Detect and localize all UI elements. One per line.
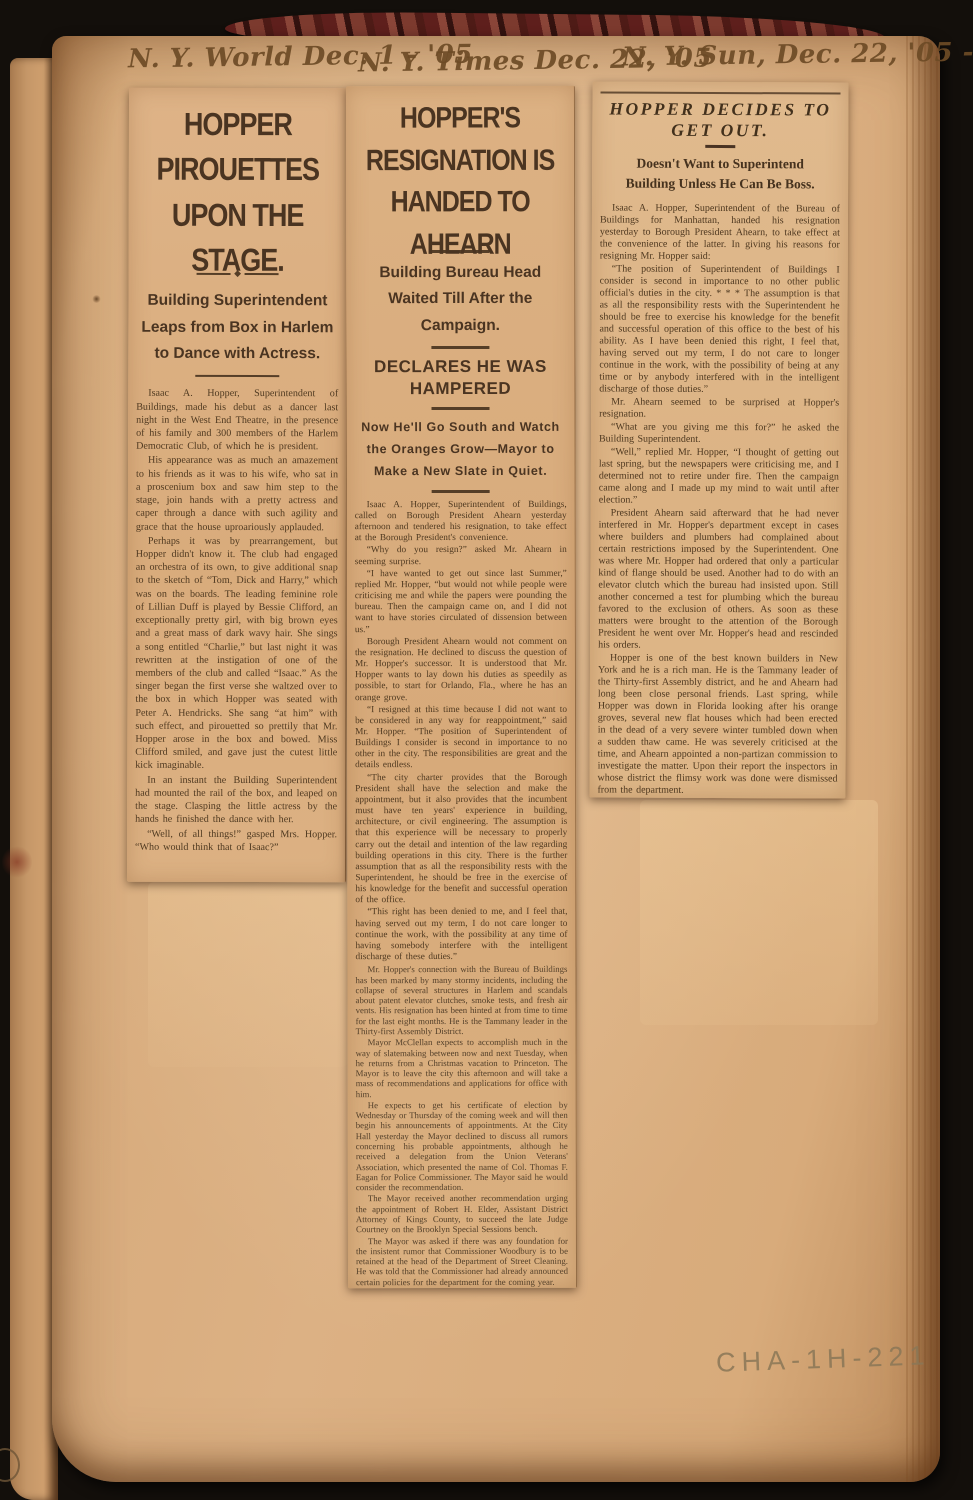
paragraph: “This right has been denied to me, and I… — [355, 907, 567, 963]
world-headline: HOPPER PIROUETTES UPON THE STAGE. — [137, 102, 339, 283]
rule-divider — [432, 407, 490, 410]
paragraph: “The position of Superintendent of Build… — [599, 263, 840, 396]
rule-divider — [431, 346, 489, 349]
clipping-ny-sun: HOPPER DECIDES TO GET OUT. Doesn't Want … — [589, 81, 848, 798]
paragraph: “Well,” replied Mr. Hopper, “I thought o… — [599, 446, 839, 507]
paragraph: His appearance was as much an amazement … — [136, 454, 338, 534]
clipping-ny-times: HOPPER'S RESIGNATION IS HANDED TO AHEARN… — [346, 86, 577, 1288]
annotation-ny-sun: N. Y. Sun, Dec. 22, '05 - — [622, 38, 973, 73]
paragraph: He expects to get his certificate of ele… — [356, 1100, 568, 1193]
rule-divider — [432, 490, 490, 493]
paragraph: Mayor McClellan expects to accomplish mu… — [356, 1037, 568, 1099]
paragraph: “What are you giving me this for?” he as… — [599, 421, 839, 446]
paragraph: Borough President Ahearn would not comme… — [355, 637, 567, 704]
paragraph: “Well, of all things!” gasped Mrs. Hoppe… — [135, 827, 337, 854]
paragraph: The Mayor received another recommendatio… — [356, 1193, 568, 1234]
previous-page-stub — [10, 58, 58, 1500]
times-body: Isaac A. Hopper, Superintendent of Build… — [355, 500, 568, 964]
times-body-dense: Mr. Hopper's connection with the Bureau … — [355, 964, 568, 1288]
paragraph: President Ahearn said afterward that he … — [598, 507, 839, 652]
scrapbook-photo: { "page": { "annotations": [ "N. Y. Worl… — [0, 0, 973, 1500]
rule-divider — [705, 145, 735, 148]
page-stack-edge — [906, 36, 940, 1482]
paragraph: The Mayor was asked if there was any fou… — [356, 1235, 568, 1287]
times-deck-3: Now He'll Go South and Watch the Oranges… — [355, 417, 567, 483]
paragraph: “I resigned at this time because I did n… — [355, 704, 567, 771]
paragraph: Hopper is one of the best known builders… — [597, 652, 838, 797]
world-subhead: Building Superintendent Leaps from Box i… — [136, 288, 338, 368]
world-body: Isaac A. Hopper, Superintendent of Build… — [135, 387, 338, 854]
paragraph: Mr. Ahearn seemed to be surprised at Hop… — [599, 396, 839, 421]
times-headline: HOPPER'S RESIGNATION IS HANDED TO AHEARN — [354, 98, 566, 266]
paragraph: “Why do you resign?” asked Mr. Ahearn in… — [355, 545, 567, 568]
sun-subhead: Doesn't Want to Superintend Building Unl… — [610, 154, 830, 195]
sun-body: Isaac A. Hopper, Superintendent of the B… — [597, 202, 840, 797]
paragraph: In an instant the Building Superintenden… — [135, 773, 337, 826]
paragraph: Mr. Hopper's connection with the Bureau … — [355, 964, 567, 1036]
paragraph: Isaac A. Hopper, Superintendent of Build… — [136, 387, 338, 454]
times-deck-2: DECLARES HE WAS HAMPERED — [354, 356, 566, 401]
paragraph: “The city charter provides that the Boro… — [355, 772, 567, 906]
rule-divider — [195, 375, 279, 377]
paragraph: “I have wanted to get out since last Sum… — [355, 569, 567, 636]
times-deck-1: Building Bureau Head Waited Till After t… — [354, 260, 566, 339]
paragraph: Isaac A. Hopper, Superintendent of the B… — [600, 202, 840, 263]
paragraph: Isaac A. Hopper, Superintendent of Build… — [355, 500, 567, 545]
paragraph: Perhaps it was by prearrangement, but Ho… — [135, 534, 338, 772]
sun-headline: HOPPER DECIDES TO GET OUT. — [600, 91, 840, 141]
clipping-ny-world: HOPPER PIROUETTES UPON THE STAGE. ◆ Buil… — [127, 88, 348, 883]
